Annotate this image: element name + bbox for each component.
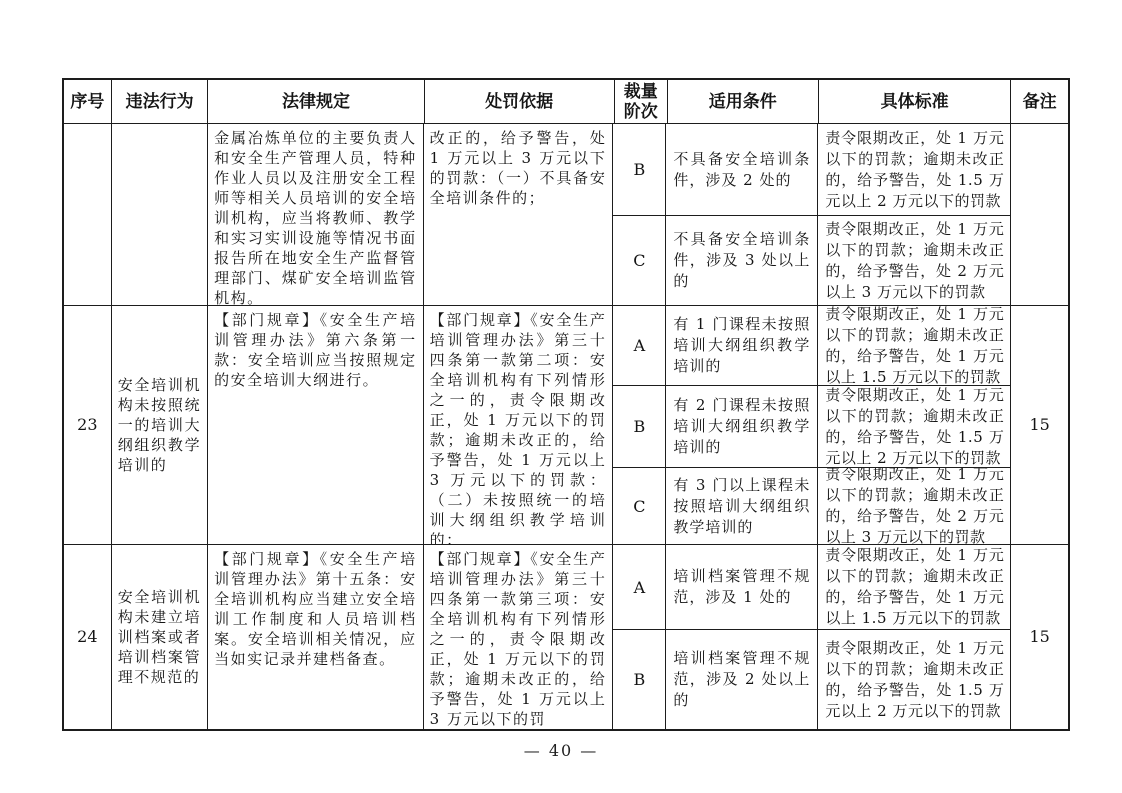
grade-value: B <box>633 670 645 689</box>
header-basis-label: 处罚依据 <box>485 92 553 112</box>
subrow-grade-c: C 有 3 门以上课程未按照培训大纲组织教学培训的 责令限期改正，处 1 万元以… <box>613 468 1010 544</box>
cell-grade: B <box>613 630 666 729</box>
header-seq-label: 序号 <box>70 92 104 112</box>
subrow-grade-b: B 有 2 门课程未按照培训大纲组织教学培训的 责令限期改正，处 1 万元以下的… <box>613 386 1010 468</box>
standard-text: 责令限期改正，处 1 万元以下的罚款；逾期未改正的，给予警告，处 2 万元以上 … <box>825 219 1004 303</box>
cell-condition: 不具备安全培训条件，涉及 3 处以上的 <box>666 216 818 305</box>
cell-basis: 【部门规章】《安全生产培训管理办法》第三十四条第一款第三项：安全培训机构有下列情… <box>424 545 614 729</box>
condition-text: 不具备安全培训条件，涉及 3 处以上的 <box>673 229 810 292</box>
cell-standard: 责令限期改正，处 1 万元以下的罚款；逾期未改正的，给予警告，处 1 万元以上 … <box>818 545 1010 629</box>
cell-standard: 责令限期改正，处 1 万元以下的罚款；逾期未改正的，给予警告，处 1.5 万元以… <box>818 386 1010 467</box>
subrow-grade-a: A 培训档案管理不规范，涉及 1 处的 责令限期改正，处 1 万元以下的罚款；逾… <box>613 545 1010 630</box>
cell-basis: 【部门规章】《安全生产培训管理办法》第三十四条第一款第二项：安全培训机构有下列情… <box>424 306 614 544</box>
grade-value: B <box>633 417 645 436</box>
cell-grade: C <box>613 468 666 544</box>
grade-value: B <box>633 160 645 179</box>
cell-note: 15 <box>1011 306 1068 544</box>
law-text: 【部门规章】《安全生产培训管理办法》第六条第一款：安全培训应当按照规定的安全培训… <box>214 310 417 390</box>
cell-law: 【部门规章】《安全生产培训管理办法》第六条第一款：安全培训应当按照规定的安全培训… <box>208 306 424 544</box>
standard-text: 责令限期改正，处 1 万元以下的罚款；逾期未改正的，给予警告，处 1.5 万元以… <box>825 128 1004 212</box>
header-standard: 具体标准 <box>819 80 1011 123</box>
header-condition: 适用条件 <box>668 80 819 123</box>
standard-text: 责令限期改正，处 1 万元以下的罚款；逾期未改正的，给予警告，处 1 万元以上 … <box>825 545 1004 629</box>
table-row-23: 23 安全培训机构未按照统一的培训大纲组织教学培训的 【部门规章】《安全生产培训… <box>64 306 1068 545</box>
standard-text: 责令限期改正，处 1 万元以下的罚款；逾期未改正的，给予警告，处 2 万元以上 … <box>825 468 1004 544</box>
law-text: 金属冶炼单位的主要负责人和安全生产管理人员，特种作业人员以及注册安全工程师等相关… <box>214 128 417 305</box>
cell-seq: 23 <box>64 306 112 544</box>
header-law-label: 法律规定 <box>282 92 350 112</box>
header-basis: 处罚依据 <box>425 80 615 123</box>
header-grade-label: 裁量阶次 <box>617 82 665 122</box>
standard-text: 责令限期改正，处 1 万元以下的罚款；逾期未改正的，给予警告，处 1.5 万元以… <box>825 386 1004 467</box>
cell-seq <box>64 124 112 305</box>
header-standard-label: 具体标准 <box>881 92 949 112</box>
penalty-standards-table: 序号 违法行为 法律规定 处罚依据 裁量阶次 适用条件 具体标准 备注 金属冶炼… <box>62 78 1070 731</box>
law-text: 【部门规章】《安全生产培训管理办法》第十五条：安全培训机构应当建立安全培训工作制… <box>214 549 417 669</box>
cell-grade: B <box>613 124 666 215</box>
cell-grade: A <box>613 545 666 629</box>
cell-condition: 有 3 门以上课程未按照培训大纲组织教学培训的 <box>666 468 818 544</box>
header-violation: 违法行为 <box>112 80 209 123</box>
cell-condition: 有 1 门课程未按照培训大纲组织教学培训的 <box>666 306 818 385</box>
header-condition-label: 适用条件 <box>709 92 777 112</box>
cell-condition: 有 2 门课程未按照培训大纲组织教学培训的 <box>666 386 818 467</box>
header-note-label: 备注 <box>1023 92 1057 112</box>
seq-value: 24 <box>77 627 97 647</box>
basis-text: 改正的，给予警告，处 1 万元以上 3 万元以下的罚款：（一）不具备安全培训条件… <box>430 128 607 208</box>
condition-text: 有 1 门课程未按照培训大纲组织教学培训的 <box>673 314 810 377</box>
condition-text: 不具备安全培训条件，涉及 2 处的 <box>673 149 810 191</box>
subrow-grade-b: B 培训档案管理不规范，涉及 2 处以上的 责令限期改正，处 1 万元以下的罚款… <box>613 630 1010 729</box>
cell-law: 【部门规章】《安全生产培训管理办法》第十五条：安全培训机构应当建立安全培训工作制… <box>208 545 424 729</box>
cell-grade: C <box>613 216 666 305</box>
cell-standard: 责令限期改正，处 1 万元以下的罚款；逾期未改正的，给予警告，处 1.5 万元以… <box>818 124 1010 215</box>
cell-condition: 培训档案管理不规范，涉及 1 处的 <box>666 545 818 629</box>
cell-standard: 责令限期改正，处 1 万元以下的罚款；逾期未改正的，给予警告，处 2 万元以上 … <box>818 468 1010 544</box>
cell-law: 金属冶炼单位的主要负责人和安全生产管理人员，特种作业人员以及注册安全工程师等相关… <box>208 124 424 305</box>
subrow-group: A 培训档案管理不规范，涉及 1 处的 责令限期改正，处 1 万元以下的罚款；逾… <box>613 545 1011 729</box>
cell-standard: 责令限期改正，处 1 万元以下的罚款；逾期未改正的，给予警告，处 1 万元以上 … <box>818 306 1010 385</box>
cell-note <box>1011 124 1068 305</box>
header-grade: 裁量阶次 <box>615 80 668 123</box>
grade-value: C <box>633 497 645 516</box>
table-header-row: 序号 违法行为 法律规定 处罚依据 裁量阶次 适用条件 具体标准 备注 <box>64 80 1068 124</box>
subrow-group: A 有 1 门课程未按照培训大纲组织教学培训的 责令限期改正，处 1 万元以下的… <box>613 306 1011 544</box>
subrow-grade-c: C 不具备安全培训条件，涉及 3 处以上的 责令限期改正，处 1 万元以下的罚款… <box>613 216 1010 305</box>
header-note: 备注 <box>1011 80 1068 123</box>
cell-condition: 不具备安全培训条件，涉及 2 处的 <box>666 124 818 215</box>
cell-violation <box>112 124 208 305</box>
header-violation-label: 违法行为 <box>126 92 194 112</box>
cell-standard: 责令限期改正，处 1 万元以下的罚款；逾期未改正的，给予警告，处 2 万元以上 … <box>818 216 1010 305</box>
grade-value: A <box>634 578 646 597</box>
subrow-grade-a: A 有 1 门课程未按照培训大纲组织教学培训的 责令限期改正，处 1 万元以下的… <box>613 306 1010 386</box>
cell-basis: 改正的，给予警告，处 1 万元以上 3 万元以下的罚款：（一）不具备安全培训条件… <box>424 124 614 305</box>
header-seq: 序号 <box>64 80 112 123</box>
condition-text: 有 2 门课程未按照培训大纲组织教学培训的 <box>673 395 810 458</box>
document-page: 序号 违法行为 法律规定 处罚依据 裁量阶次 适用条件 具体标准 备注 金属冶炼… <box>0 0 1122 793</box>
cell-grade: B <box>613 386 666 467</box>
header-law: 法律规定 <box>208 80 424 123</box>
subrow-group: B 不具备安全培训条件，涉及 2 处的 责令限期改正，处 1 万元以下的罚款；逾… <box>613 124 1011 305</box>
cell-standard: 责令限期改正，处 1 万元以下的罚款；逾期未改正的，给予警告，处 1.5 万元以… <box>818 630 1010 729</box>
cell-grade: A <box>613 306 666 385</box>
violation-text: 安全培训机构未建立培训档案或者培训档案管理不规范的 <box>118 587 201 687</box>
standard-text: 责令限期改正，处 1 万元以下的罚款；逾期未改正的，给予警告，处 1 万元以上 … <box>825 306 1004 385</box>
grade-value: A <box>634 336 646 355</box>
condition-text: 培训档案管理不规范，涉及 1 处的 <box>673 566 810 608</box>
cell-violation: 安全培训机构未建立培训档案或者培训档案管理不规范的 <box>112 545 208 729</box>
table-row-continuation: 金属冶炼单位的主要负责人和安全生产管理人员，特种作业人员以及注册安全工程师等相关… <box>64 124 1068 306</box>
seq-value: 23 <box>77 415 97 435</box>
cell-note: 15 <box>1011 545 1068 729</box>
page-number: — 40 — <box>0 741 1122 760</box>
standard-text: 责令限期改正，处 1 万元以下的罚款；逾期未改正的，给予警告，处 1.5 万元以… <box>825 638 1004 722</box>
violation-text: 安全培训机构未按照统一的培训大纲组织教学培训的 <box>118 375 201 475</box>
cell-seq: 24 <box>64 545 112 729</box>
cell-condition: 培训档案管理不规范，涉及 2 处以上的 <box>666 630 818 729</box>
note-value: 15 <box>1030 627 1050 647</box>
condition-text: 培训档案管理不规范，涉及 2 处以上的 <box>673 648 810 711</box>
basis-text: 【部门规章】《安全生产培训管理办法》第三十四条第一款第二项：安全培训机构有下列情… <box>430 310 607 544</box>
cell-violation: 安全培训机构未按照统一的培训大纲组织教学培训的 <box>112 306 208 544</box>
note-value: 15 <box>1030 415 1050 435</box>
subrow-grade-b: B 不具备安全培训条件，涉及 2 处的 责令限期改正，处 1 万元以下的罚款；逾… <box>613 124 1010 216</box>
condition-text: 有 3 门以上课程未按照培训大纲组织教学培训的 <box>673 475 810 538</box>
basis-text: 【部门规章】《安全生产培训管理办法》第三十四条第一款第三项：安全培训机构有下列情… <box>430 549 607 729</box>
grade-value: C <box>633 251 645 270</box>
table-row-24: 24 安全培训机构未建立培训档案或者培训档案管理不规范的 【部门规章】《安全生产… <box>64 545 1068 729</box>
